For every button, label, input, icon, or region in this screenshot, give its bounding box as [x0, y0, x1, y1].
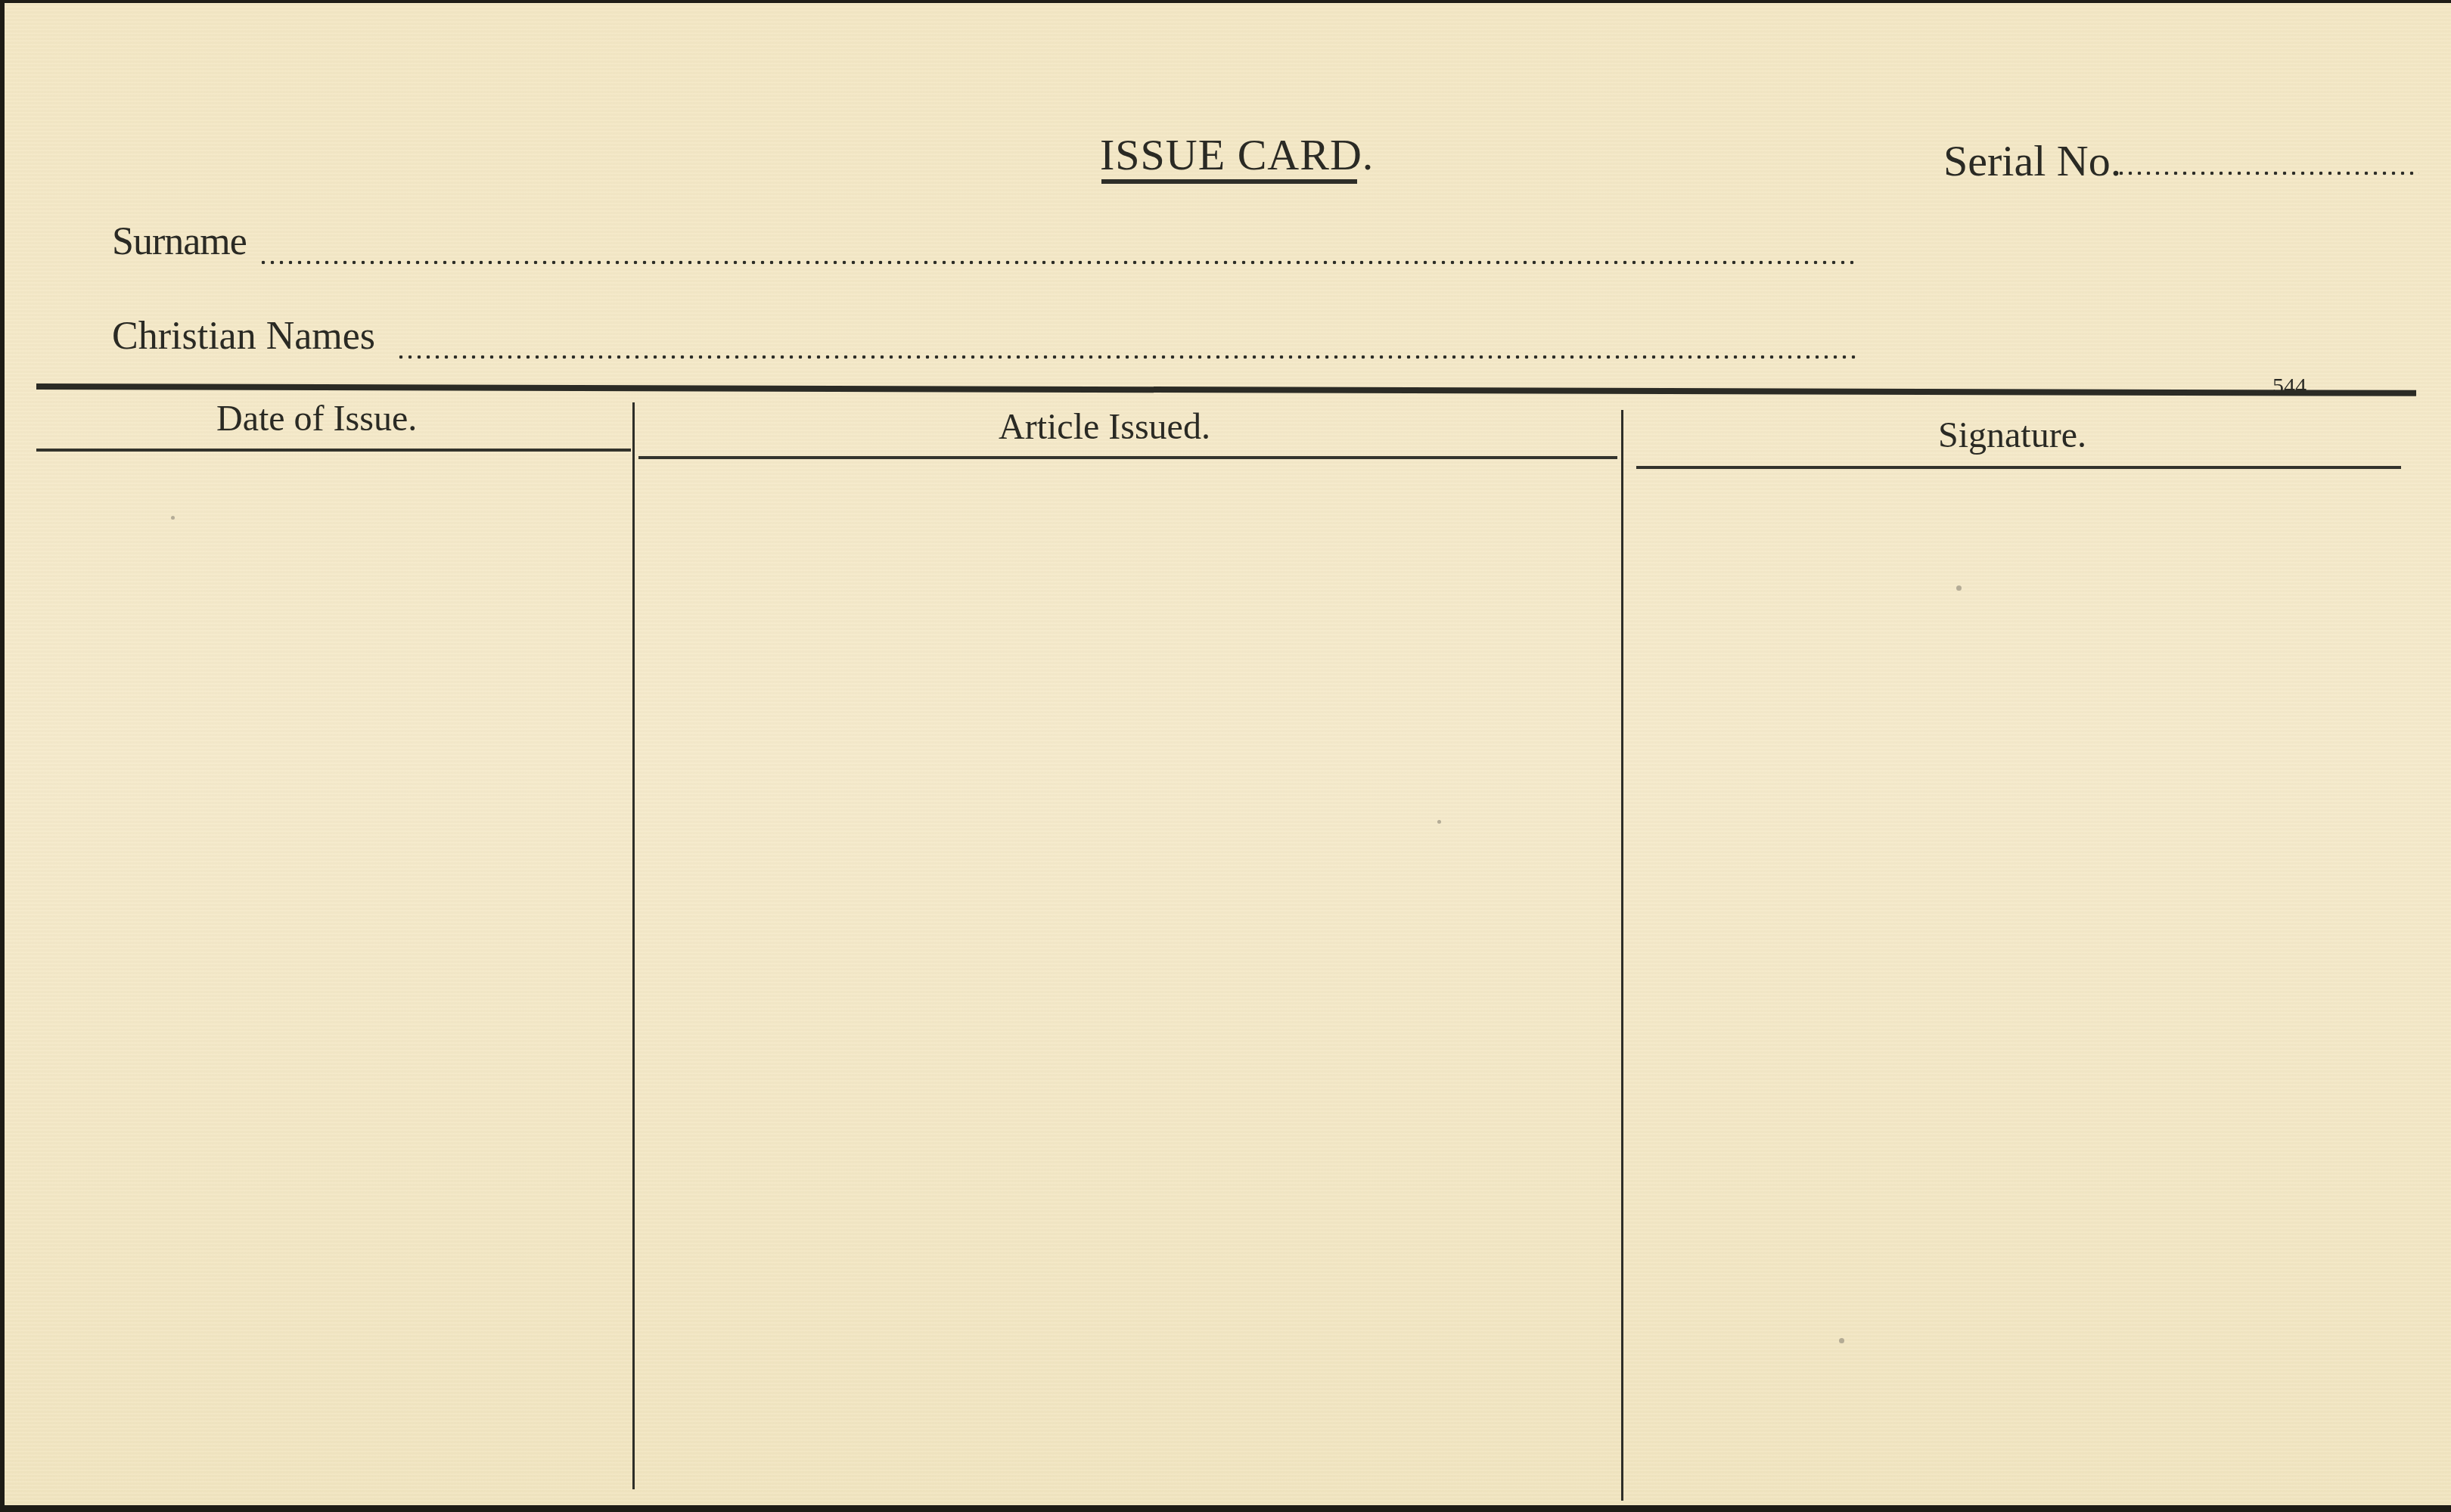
- column-divider-2: [1621, 410, 1623, 1501]
- surname-field[interactable]: [259, 260, 1856, 265]
- christian-names-field[interactable]: [396, 355, 1856, 359]
- header-divider: [36, 383, 2416, 396]
- date-of-issue-column-body[interactable]: [36, 457, 631, 1486]
- card-title: ISSUE CARD.: [1100, 133, 1374, 177]
- paper-speck: [171, 516, 175, 520]
- date-column-header-rule: [36, 449, 631, 452]
- column-divider-1: [632, 402, 635, 1489]
- serial-no-field[interactable]: [2117, 171, 2419, 175]
- paper-speck: [1956, 585, 1962, 591]
- christian-names-label: Christian Names: [112, 317, 375, 356]
- column-header-article-issued: Article Issued.: [999, 409, 1210, 446]
- serial-no-label: Serial No.: [1943, 139, 2121, 183]
- surname-label: Surname: [112, 222, 247, 262]
- signature-column-body[interactable]: [1626, 472, 2405, 1501]
- issue-card: ISSUE CARD. Serial No. Surname Christian…: [5, 3, 2451, 1505]
- title-underline: [1101, 179, 1357, 184]
- column-header-signature: Signature.: [1938, 418, 2086, 454]
- article-issued-column-body[interactable]: [637, 464, 1619, 1493]
- article-column-header-rule: [638, 456, 1617, 459]
- paper-speck: [1437, 820, 1441, 824]
- signature-column-header-rule: [1636, 466, 2401, 469]
- column-header-date-of-issue: Date of Issue.: [216, 401, 417, 437]
- paper-speck: [1839, 1338, 1844, 1343]
